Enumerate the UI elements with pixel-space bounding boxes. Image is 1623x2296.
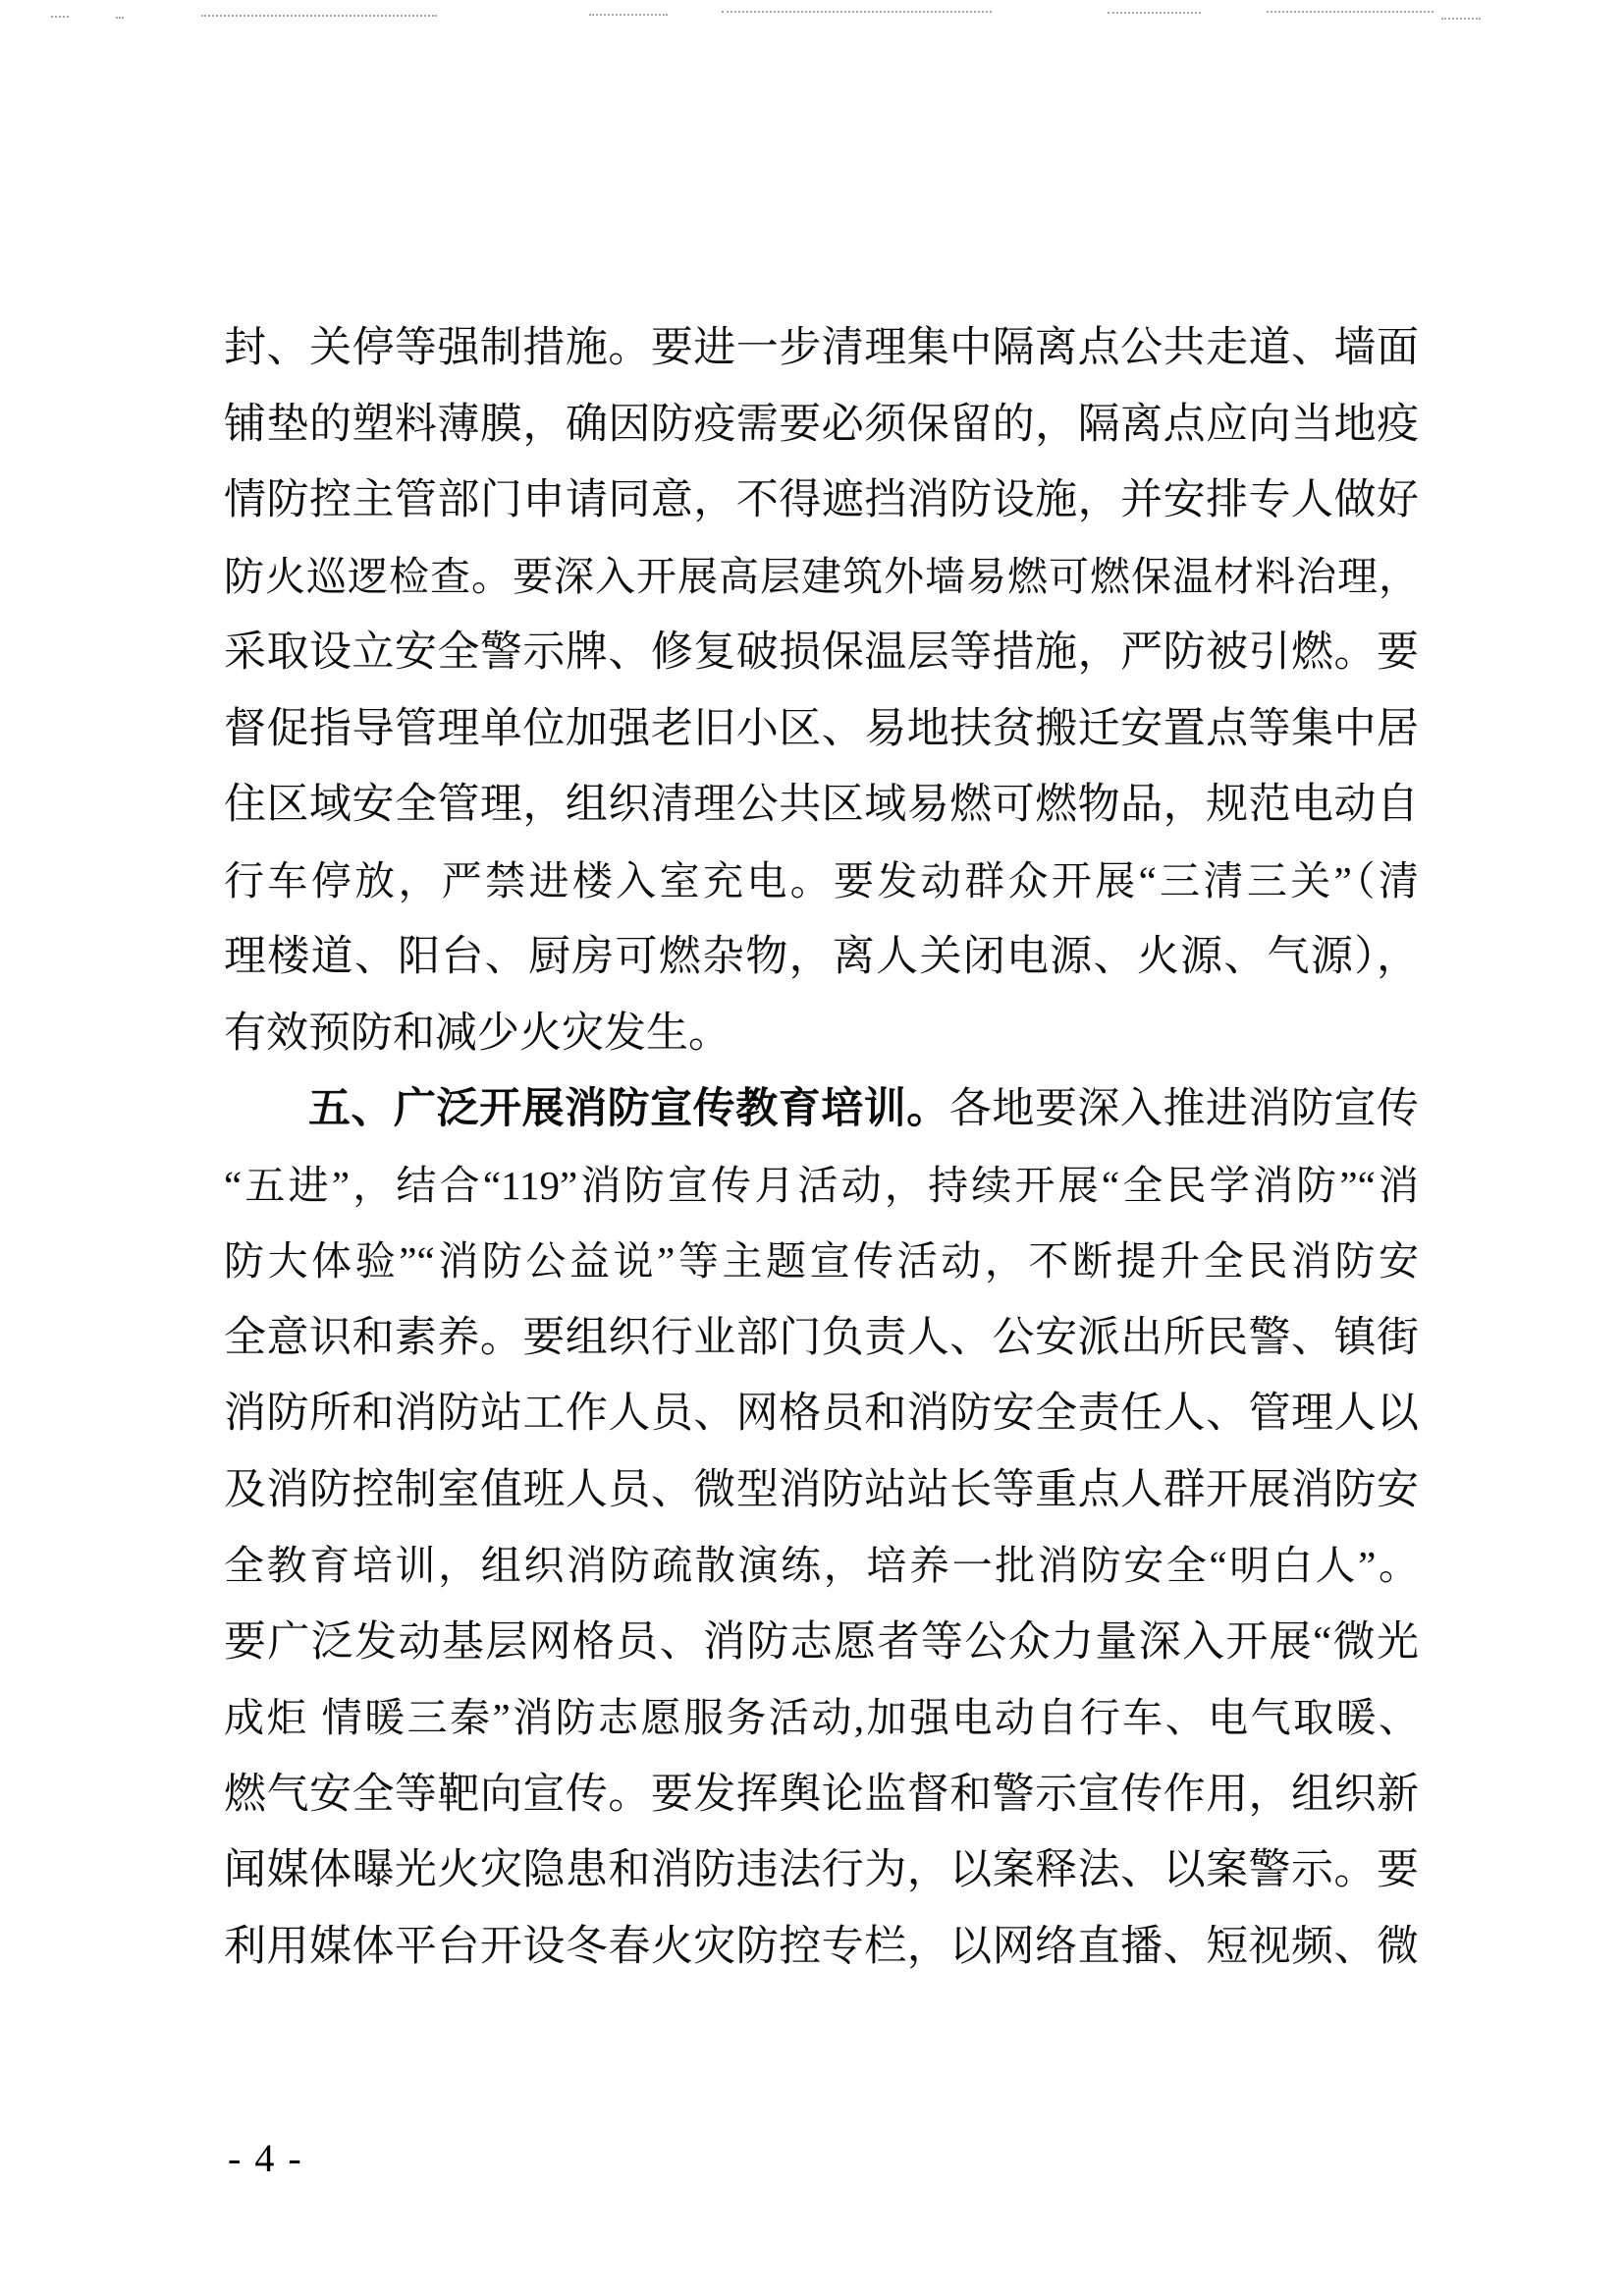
text-line: 防火巡逻检查。要深入开展高层建筑外墙易燃可燃保温材料治理， <box>224 539 1419 616</box>
noise-speck <box>722 11 992 13</box>
section-heading-line: 五、广泛开展消防宣传教育培训。各地要深入推进消防宣传 <box>224 1071 1419 1148</box>
text-line: 全教育培训，组织消防疏散演练，培养一批消防安全“明白人”。 <box>224 1528 1419 1605</box>
noise-speck <box>116 17 124 19</box>
scanner-noise-artifacts <box>0 0 1623 29</box>
text-line: 消防所和消防站工作人员、网格员和消防安全责任人、管理人以 <box>224 1376 1419 1452</box>
text-line: 闻媒体曝光火灾隐患和消防违法行为，以案释法、以案警示。要 <box>224 1832 1419 1909</box>
text-line: 要广泛发动基层网格员、消防志愿者等公众力量深入开展“微光 <box>224 1605 1419 1681</box>
text-line: 行车停放，严禁进楼入室充电。要发动群众开展“三清三关”（清 <box>224 844 1419 920</box>
text-line: 情防控主管部门申请同意，不得遮挡消防设施，并安排专人做好 <box>224 463 1419 539</box>
paragraph-last-line: 有效预防和减少火灾发生。 <box>224 996 1419 1072</box>
text-line: 督促指导管理单位加强老旧小区、易地扶贫搬迁安置点等集中居 <box>224 691 1419 768</box>
body-text: 封、关停等强制措施。要进一步清理集中隔离点公共走道、墙面 铺垫的塑料薄膜，确因防… <box>224 310 1419 1985</box>
noise-speck <box>1267 11 1434 13</box>
text-line: 燃气安全等靶向宣传。要发挥舆论监督和警示宣传作用，组织新 <box>224 1757 1419 1833</box>
noise-speck <box>51 16 69 18</box>
noise-speck <box>1441 18 1481 20</box>
page-number: - 4 - <box>228 2129 303 2188</box>
noise-speck <box>201 15 437 17</box>
text-line: 全意识和素养。要组织行业部门负责人、公安派出所民警、镇街 <box>224 1300 1419 1377</box>
noise-speck <box>1108 12 1201 14</box>
section-heading: 五、广泛开展消防宣传教育培训。 <box>308 1085 949 1132</box>
text-line: “五进”，结合“119”消防宣传月活动，持续开展“全民学消防”“消 <box>224 1148 1419 1225</box>
text-line: 封、关停等强制措施。要进一步清理集中隔离点公共走道、墙面 <box>224 310 1419 387</box>
scanned-document-page: 封、关停等强制措施。要进一步清理集中隔离点公共走道、墙面 铺垫的塑料薄膜，确因防… <box>0 0 1623 2296</box>
text-line: 及消防控制室值班人员、微型消防站站长等重点人群开展消防安 <box>224 1452 1419 1529</box>
section-heading-continuation: 各地要深入推进消防宣传 <box>949 1086 1419 1132</box>
text-line: 利用媒体平台开设冬春火灾防控专栏，以网络直播、短视频、微 <box>224 1909 1419 1986</box>
text-line: 采取设立安全警示牌、修复破损保温层等措施，严防被引燃。要 <box>224 615 1419 691</box>
text-line: 理楼道、阳台、厨房可燃杂物，离人关闭电源、火源、气源）， <box>224 919 1419 996</box>
text-line: 铺垫的塑料薄膜，确因防疫需要必须保留的，隔离点应向当地疫 <box>224 387 1419 464</box>
noise-speck <box>589 14 668 16</box>
text-line: 成炬 情暖三秦”消防志愿服务活动,加强电动自行车、电气取暖、 <box>224 1680 1419 1757</box>
text-line: 住区域安全管理，组织清理公共区域易燃可燃物品，规范电动自 <box>224 767 1419 844</box>
text-line: 防大体验”“消防公益说”等主题宣传活动，不断提升全民消防安 <box>224 1224 1419 1300</box>
